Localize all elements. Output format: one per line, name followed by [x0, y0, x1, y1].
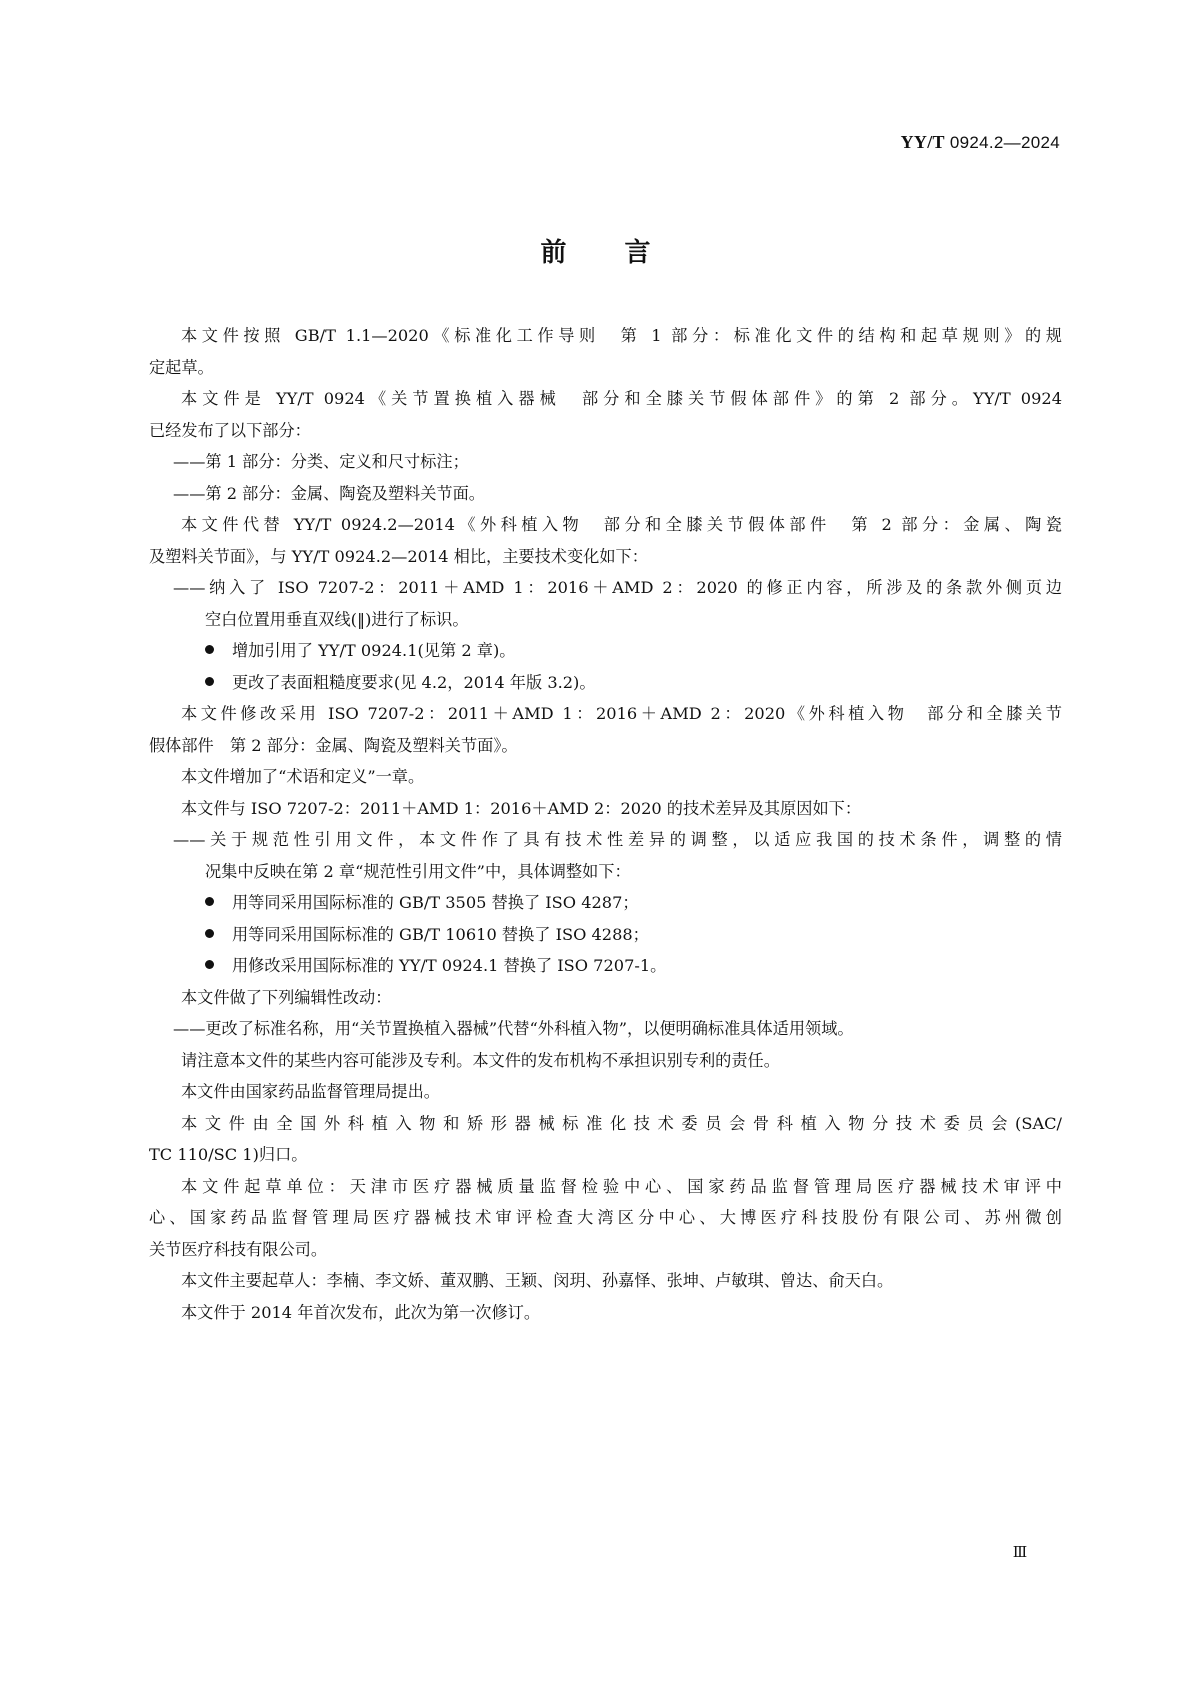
- paragraph-start-line: 本文件是 YY/T 0924《关节置换植入器械 部分和全膝关节假体部件》的第 2…: [149, 383, 1062, 415]
- line-text: 本文件做了下列编辑性改动：: [181, 988, 391, 1007]
- line-text: 本文件起草单位：天津市医疗器械质量监督检验中心、国家药品监督管理局医疗器械技术审…: [181, 1171, 1062, 1203]
- bullet-list-item: 用等同采用国际标准的 GB/T 10610 替换了 ISO 4288；: [149, 919, 1062, 951]
- line-text: 用等同采用国际标准的 GB/T 3505 替换了 ISO 4287；: [232, 893, 639, 912]
- bullet-icon: [205, 677, 214, 686]
- paragraph-start-line: 请注意本文件的某些内容可能涉及专利。本文件的发布机构不承担识别专利的责任。: [149, 1045, 1062, 1077]
- line-text: ——更改了标准名称，用“关节置换植入器械”代替“外科植入物”，以便明确标准具体适…: [173, 1019, 854, 1038]
- paragraph-start-line: 本文件由国家药品监督管理局提出。: [149, 1076, 1062, 1108]
- bullet-icon: [205, 645, 214, 654]
- line-text: 本文件修改采用 ISO 7207-2：2011＋AMD 1：2016＋AMD 2…: [181, 698, 1062, 730]
- line-text: 更改了表面粗糙度要求(见 4.2，2014 年版 3.2)。: [232, 673, 596, 692]
- standard-prefix: YY/T: [901, 132, 945, 152]
- line-text: 关节医疗科技有限公司。: [149, 1240, 327, 1259]
- paragraph-start-line: 本文件按照 GB/T 1.1—2020《标准化工作导则 第 1 部分：标准化文件…: [149, 320, 1062, 352]
- bullet-icon: [205, 897, 214, 906]
- dash-list-item-continuation: 空白位置用垂直双线(‖)进行了标识。: [149, 604, 1062, 636]
- line-text: 况集中反映在第 2 章“规范性引用文件”中，具体调整如下：: [205, 862, 631, 881]
- line-text: 本文件主要起草人：李楠、李文娇、董双鹏、王颖、闵玥、孙嘉怿、张坤、卢敏琪、曾达、…: [181, 1271, 893, 1290]
- paragraph-continuation-line: 关节医疗科技有限公司。: [149, 1234, 1062, 1266]
- line-text: 请注意本文件的某些内容可能涉及专利。本文件的发布机构不承担识别专利的责任。: [181, 1051, 780, 1070]
- dash-list-item-continuation: 况集中反映在第 2 章“规范性引用文件”中，具体调整如下：: [149, 856, 1062, 888]
- paragraph-start-line: 本文件与 ISO 7207-2：2011＋AMD 1：2016＋AMD 2：20…: [149, 793, 1062, 825]
- line-text: 本文件增加了“术语和定义”一章。: [181, 767, 424, 786]
- line-text: 本文件于 2014 年首次发布，此次为第一次修订。: [181, 1303, 540, 1322]
- line-text: ——关于规范性引用文件，本文件作了具有技术性差异的调整，以适应我国的技术条件，调…: [173, 824, 1062, 856]
- title-char-2: 言: [625, 232, 651, 269]
- foreword-body: 本文件按照 GB/T 1.1—2020《标准化工作导则 第 1 部分：标准化文件…: [149, 320, 1062, 1328]
- line-text: 定起草。: [149, 358, 214, 377]
- line-text: 及塑料关节面》，与 YY/T 0924.2—2014 相比，主要技术变化如下：: [149, 547, 648, 566]
- line-text: 用等同采用国际标准的 GB/T 10610 替换了 ISO 4288；: [232, 925, 649, 944]
- paragraph-continuation-line: 心、国家药品监督管理局医疗器械技术审评检查大湾区分中心、大博医疗科技股份有限公司…: [149, 1202, 1062, 1234]
- line-text: 本文件是 YY/T 0924《关节置换植入器械 部分和全膝关节假体部件》的第 2…: [181, 383, 1062, 415]
- line-text: ——第 2 部分：金属、陶瓷及塑料关节面。: [173, 484, 485, 503]
- paragraph-continuation-line: 已经发布了以下部分：: [149, 415, 1062, 447]
- bullet-list-item: 用修改采用国际标准的 YY/T 0924.1 替换了 ISO 7207-1。: [149, 950, 1062, 982]
- bullet-icon: [205, 960, 214, 969]
- paragraph-start-line: 本文件于 2014 年首次发布，此次为第一次修订。: [149, 1297, 1062, 1329]
- line-text: 本文件由国家药品监督管理局提出。: [181, 1082, 440, 1101]
- dash-list-item: ——第 1 部分：分类、定义和尺寸标注；: [149, 446, 1062, 478]
- dash-list-item: ——更改了标准名称，用“关节置换植入器械”代替“外科植入物”，以便明确标准具体适…: [149, 1013, 1062, 1045]
- dash-list-item: ——第 2 部分：金属、陶瓷及塑料关节面。: [149, 478, 1062, 510]
- line-text: 假体部件 第 2 部分：金属、陶瓷及塑料关节面》。: [149, 736, 518, 755]
- line-text: 本文件与 ISO 7207-2：2011＋AMD 1：2016＋AMD 2：20…: [181, 799, 861, 818]
- line-text: ——第 1 部分：分类、定义和尺寸标注；: [173, 452, 469, 471]
- dash-list-item: ——纳入了 ISO 7207-2：2011＋AMD 1：2016＋AMD 2：2…: [149, 572, 1062, 604]
- standard-code: 0924.2—2024: [950, 133, 1060, 152]
- page-title: 前言: [0, 232, 1191, 269]
- page-number: Ⅲ: [1000, 1543, 1040, 1562]
- line-text: 已经发布了以下部分：: [149, 421, 311, 440]
- bullet-icon: [205, 929, 214, 938]
- paragraph-start-line: 本文件起草单位：天津市医疗器械质量监督检验中心、国家药品监督管理局医疗器械技术审…: [149, 1171, 1062, 1203]
- dash-list-item: ——关于规范性引用文件，本文件作了具有技术性差异的调整，以适应我国的技术条件，调…: [149, 824, 1062, 856]
- standard-number-header: YY/T 0924.2—2024: [820, 132, 1060, 153]
- line-text: 本文件由全国外科植入物和矫形器械标准化技术委员会骨科植入物分技术委员会(SAC/: [181, 1108, 1062, 1140]
- paragraph-continuation-line: 定起草。: [149, 352, 1062, 384]
- paragraph-start-line: 本文件增加了“术语和定义”一章。: [149, 761, 1062, 793]
- line-text: ——纳入了 ISO 7207-2：2011＋AMD 1：2016＋AMD 2：2…: [173, 572, 1062, 604]
- line-text: 本文件按照 GB/T 1.1—2020《标准化工作导则 第 1 部分：标准化文件…: [181, 320, 1062, 352]
- paragraph-start-line: 本文件代替 YY/T 0924.2—2014《外科植入物 部分和全膝关节假体部件…: [149, 509, 1062, 541]
- paragraph-continuation-line: 假体部件 第 2 部分：金属、陶瓷及塑料关节面》。: [149, 730, 1062, 762]
- bullet-list-item: 增加引用了 YY/T 0924.1(见第 2 章)。: [149, 635, 1062, 667]
- paragraph-start-line: 本文件主要起草人：李楠、李文娇、董双鹏、王颖、闵玥、孙嘉怿、张坤、卢敏琪、曾达、…: [149, 1265, 1062, 1297]
- title-char-1: 前: [540, 232, 566, 269]
- paragraph-continuation-line: TC 110/SC 1)归口。: [149, 1139, 1062, 1171]
- line-text: 心、国家药品监督管理局医疗器械技术审评检查大湾区分中心、大博医疗科技股份有限公司…: [149, 1202, 1062, 1234]
- paragraph-start-line: 本文件修改采用 ISO 7207-2：2011＋AMD 1：2016＋AMD 2…: [149, 698, 1062, 730]
- line-text: 增加引用了 YY/T 0924.1(见第 2 章)。: [232, 641, 515, 660]
- line-text: TC 110/SC 1)归口。: [149, 1145, 307, 1164]
- bullet-list-item: 用等同采用国际标准的 GB/T 3505 替换了 ISO 4287；: [149, 887, 1062, 919]
- bullet-list-item: 更改了表面粗糙度要求(见 4.2，2014 年版 3.2)。: [149, 667, 1062, 699]
- line-text: 空白位置用垂直双线(‖)进行了标识。: [205, 610, 469, 629]
- paragraph-continuation-line: 及塑料关节面》，与 YY/T 0924.2—2014 相比，主要技术变化如下：: [149, 541, 1062, 573]
- paragraph-start-line: 本文件做了下列编辑性改动：: [149, 982, 1062, 1014]
- line-text: 用修改采用国际标准的 YY/T 0924.1 替换了 ISO 7207-1。: [232, 956, 666, 975]
- paragraph-start-line: 本文件由全国外科植入物和矫形器械标准化技术委员会骨科植入物分技术委员会(SAC/: [149, 1108, 1062, 1140]
- line-text: 本文件代替 YY/T 0924.2—2014《外科植入物 部分和全膝关节假体部件…: [181, 509, 1062, 541]
